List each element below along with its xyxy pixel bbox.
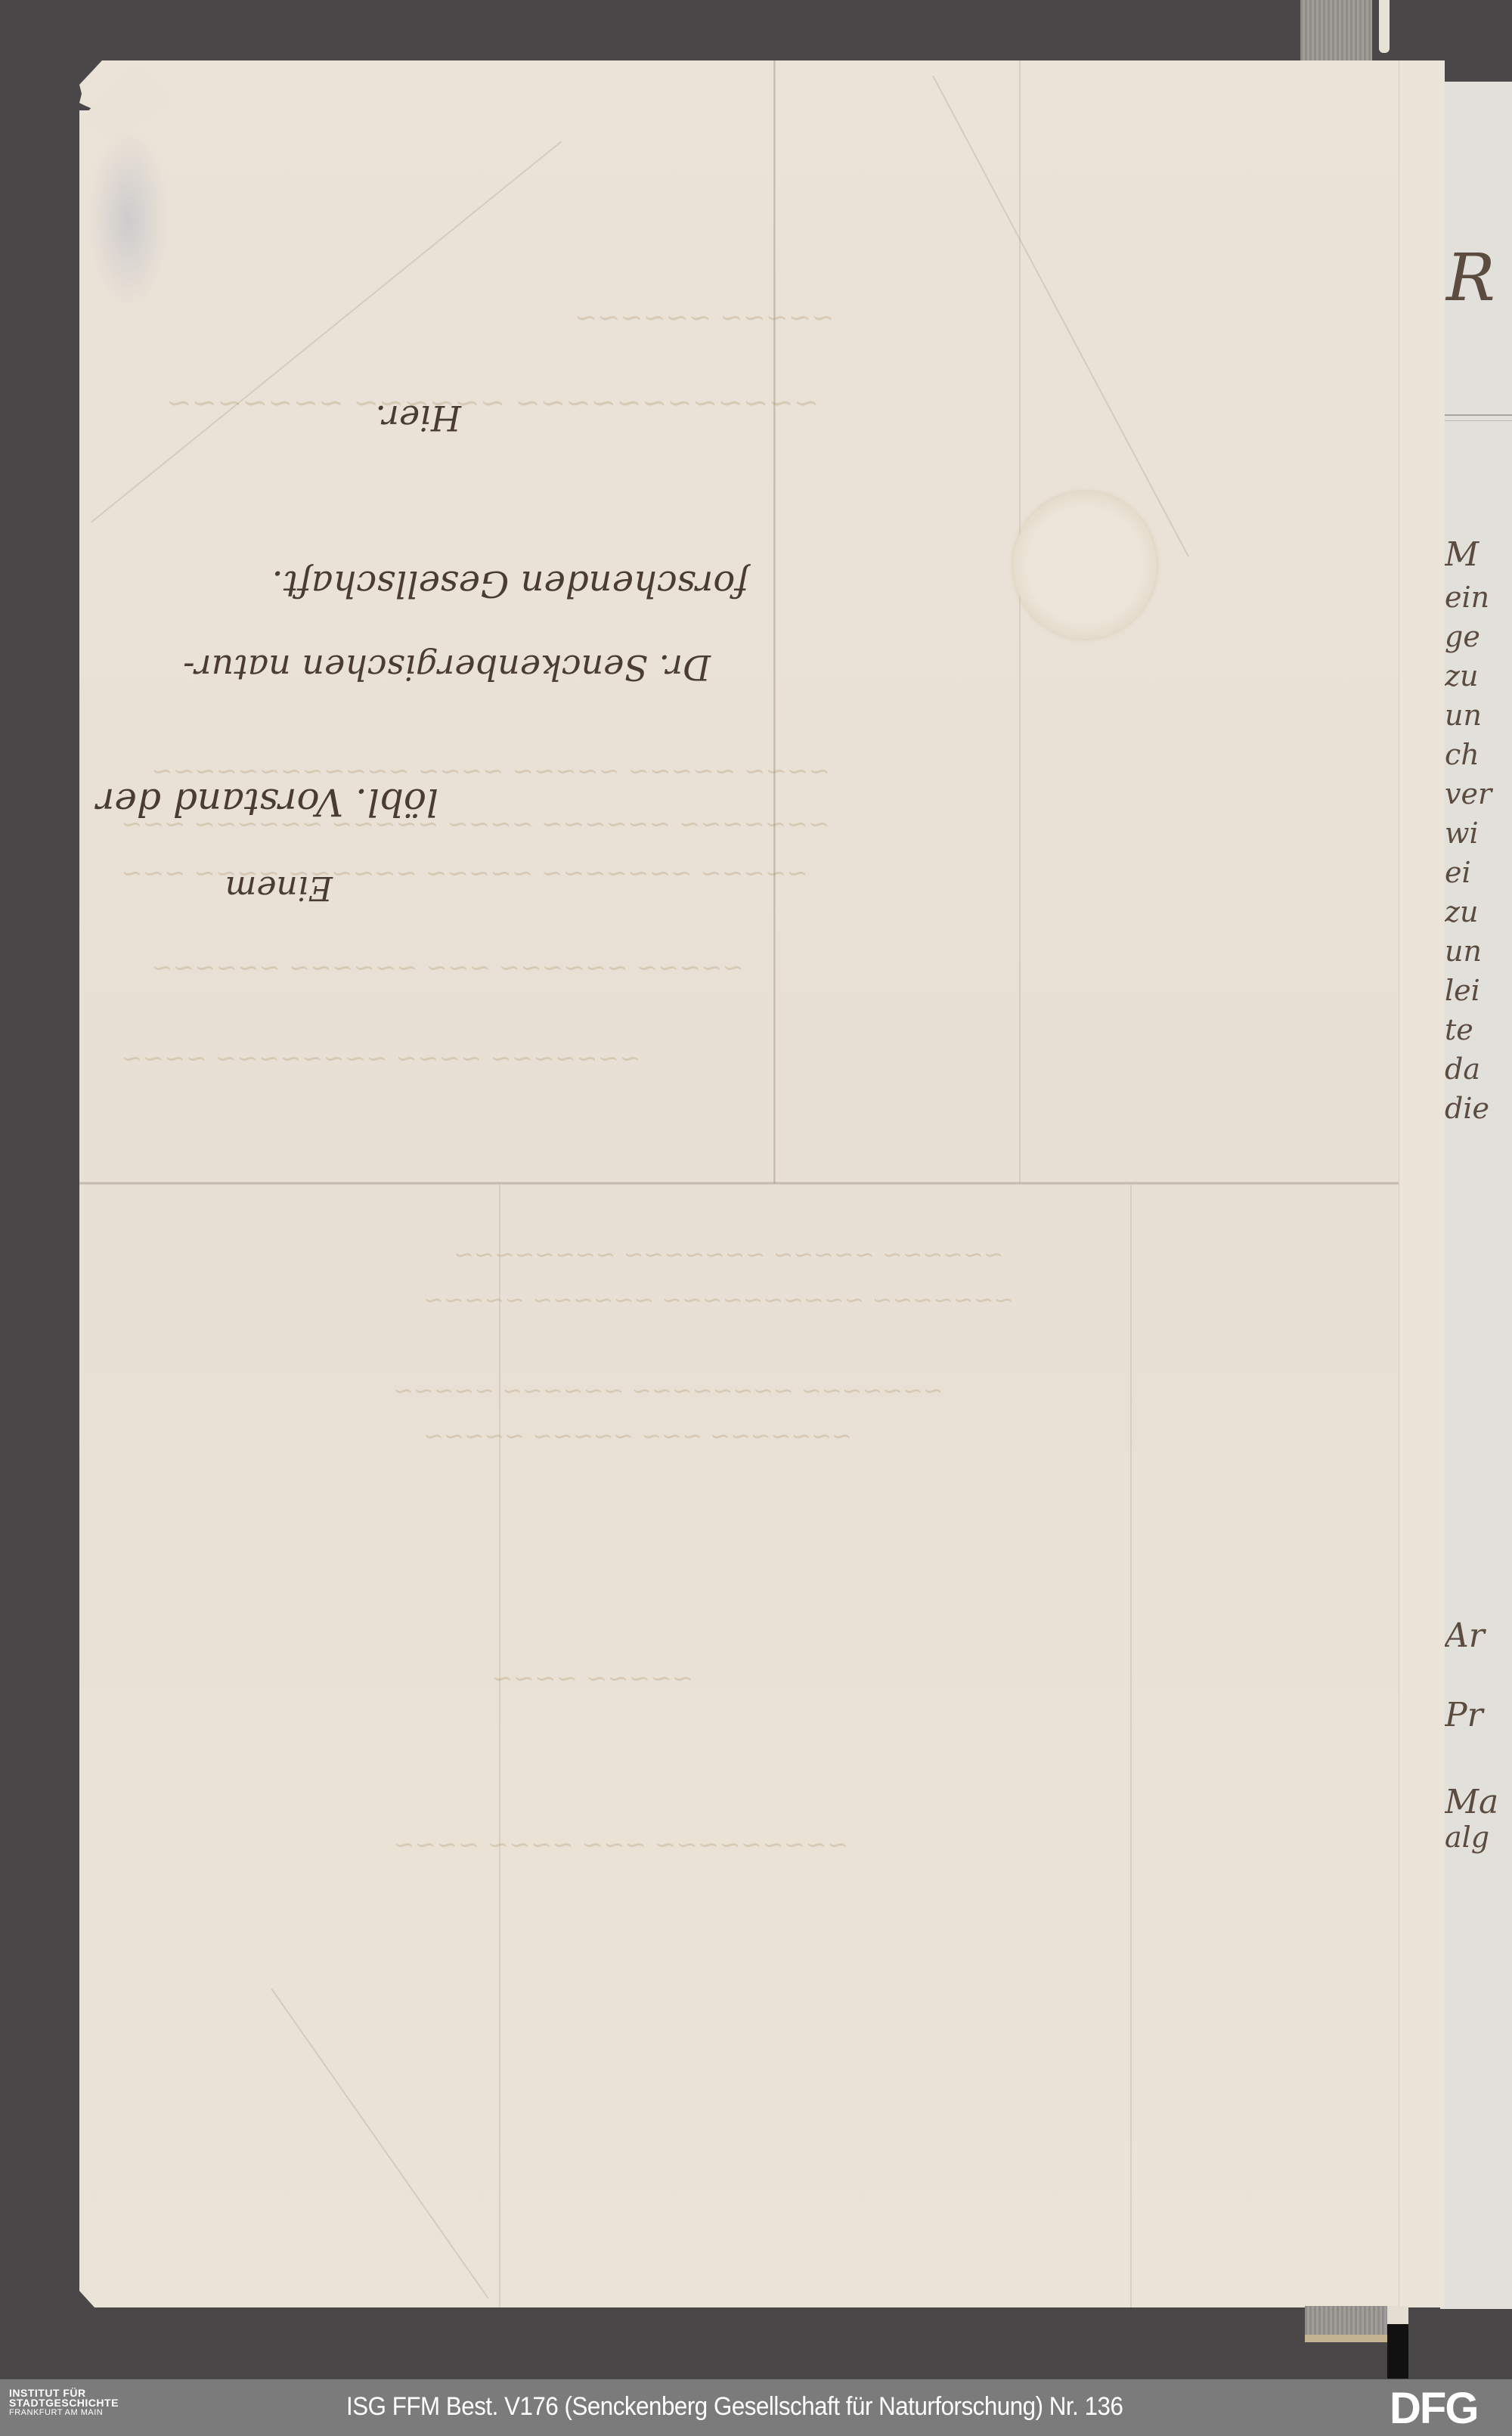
address-line-4: forschenden Gesellschaft. (271, 563, 748, 605)
bleed-through-text: ~~~~~~~ ~~~~~~~~~~ ~~~~~~ ~~~~~ (423, 1285, 1014, 1314)
bleed-through-text: ~~~~~~~ ~~~ ~~~~~ ~~~~~ (423, 1421, 852, 1450)
handwriting-fragment: ver (1445, 777, 1492, 810)
address-line-2: löbl. Vorstand der (96, 780, 438, 824)
address-line-1: Einem (225, 869, 333, 907)
handwriting-fragment: Ma (1445, 1783, 1498, 1821)
address-line-5: Hier. (375, 398, 461, 439)
vertical-crease (1130, 1185, 1132, 2307)
handwriting-fragment: ch (1445, 738, 1479, 771)
handwriting-fragment: zu (1445, 659, 1479, 693)
horizontal-fold (79, 1182, 1399, 1185)
handwriting-fragment: wi (1445, 817, 1479, 850)
dfg-logo: DFG (1390, 2387, 1477, 2431)
institution-logo: INSTITUT FÜR STADTGESCHICHTE FRANKFURT A… (9, 2388, 119, 2418)
bleed-through-text: ~~~~~~~ ~~~~~~~~ ~~~~~~ ~~~~~ (393, 1376, 943, 1405)
handwriting-fragment: alg (1445, 1821, 1489, 1854)
second-sheet-edge (1399, 60, 1445, 2307)
vertical-crease (499, 1185, 500, 2307)
vertical-fold (773, 60, 776, 1183)
handwriting-fragment: R (1446, 240, 1495, 316)
handwriting-fragment: M (1445, 535, 1479, 574)
binding-cord-top (1379, 0, 1390, 53)
bleed-through-text: ~~~~~~~~~ ~~~ ~~~~ ~~~~ (393, 1830, 848, 1860)
bleed-through-text: ~~~~~ ~~~~~~ ~~~ ~~~~~~ ~~~~~~ (151, 953, 744, 983)
handwriting-fragment: un (1445, 699, 1482, 732)
bleed-through-text: ~~~~~ ~~~~ (491, 1663, 693, 1694)
address-line-3: Dr. Senckenbergischen natur- (183, 647, 711, 688)
handwriting-fragment: te (1445, 1013, 1473, 1046)
handwriting-fragment: lei (1445, 974, 1480, 1007)
handwriting-fragment: Pr (1445, 1696, 1483, 1734)
handwriting-fragment: Ar (1445, 1616, 1485, 1655)
handwriting-fragment: die (1445, 1092, 1489, 1125)
vertical-crease (1019, 60, 1021, 1183)
ruled-line (1440, 414, 1512, 421)
ink-stain (87, 129, 170, 310)
bleed-through-text: ~~~~~ ~~~~~~ (575, 302, 834, 333)
binding-tape-bottom (1305, 2306, 1388, 2342)
handwriting-fragment: da (1445, 1052, 1480, 1086)
handwriting-fragment: ge (1445, 620, 1480, 653)
bleed-through-text: ~~~~~~~ ~~~~ ~~~~~~~~ ~~~~ (121, 1043, 641, 1074)
bleed-through-text: ~~~~~~ ~~~~~ ~~~~~~~ ~~~~~~~~ (454, 1240, 1004, 1269)
archive-caption: ISG FFM Best. V176 (Senckenberg Gesellsc… (346, 2392, 1123, 2422)
institution-line-2: STADTGESCHICHTE (9, 2398, 119, 2408)
adjacent-page: R M ein ge zu un ch ver wi ei zu un lei … (1440, 82, 1512, 2309)
footer-bar: INSTITUT FÜR STADTGESCHICHTE FRANKFURT A… (0, 2379, 1512, 2436)
handwriting-fragment: un (1445, 934, 1482, 968)
handwriting-fragment: ei (1445, 856, 1471, 889)
handwriting-fragment: zu (1445, 895, 1479, 928)
binding-tape-top (1300, 0, 1372, 60)
address-block: Einem löbl. Vorstand der Dr. Senckenberg… (136, 348, 756, 922)
binding-cord-bottom (1387, 2306, 1408, 2379)
wax-seal (1013, 491, 1157, 639)
institution-line-3: FRANKFURT AM MAIN (9, 2408, 119, 2418)
handwriting-fragment: ein (1445, 581, 1489, 614)
